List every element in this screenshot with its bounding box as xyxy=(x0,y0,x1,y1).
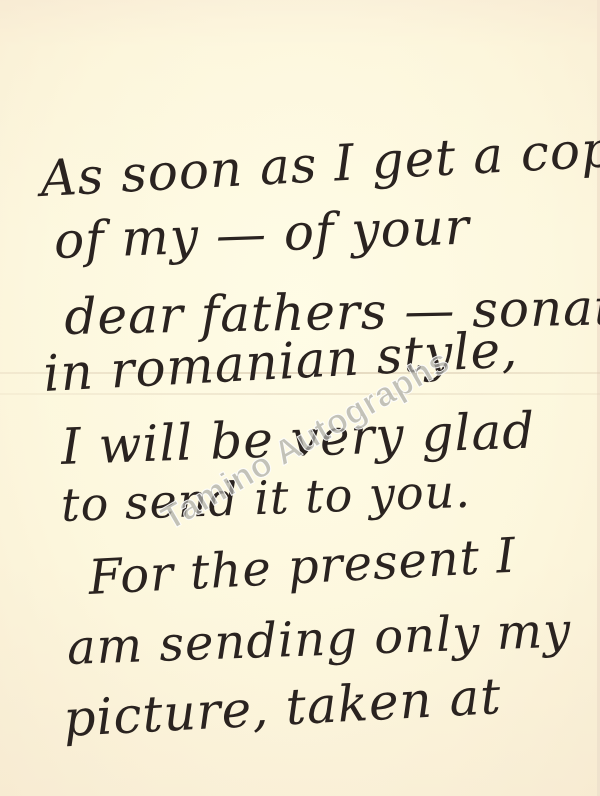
handwritten-line-9: picture, taken at xyxy=(62,667,503,748)
handwritten-line-2: of my — of your xyxy=(53,198,471,270)
handwritten-line-8: am sending only my xyxy=(66,602,572,676)
handwritten-line-1: As soon as I get a copy xyxy=(39,119,600,208)
letter-page: As soon as I get a copy of my — of your … xyxy=(0,0,600,796)
handwritten-line-7: For the present I xyxy=(87,528,518,606)
